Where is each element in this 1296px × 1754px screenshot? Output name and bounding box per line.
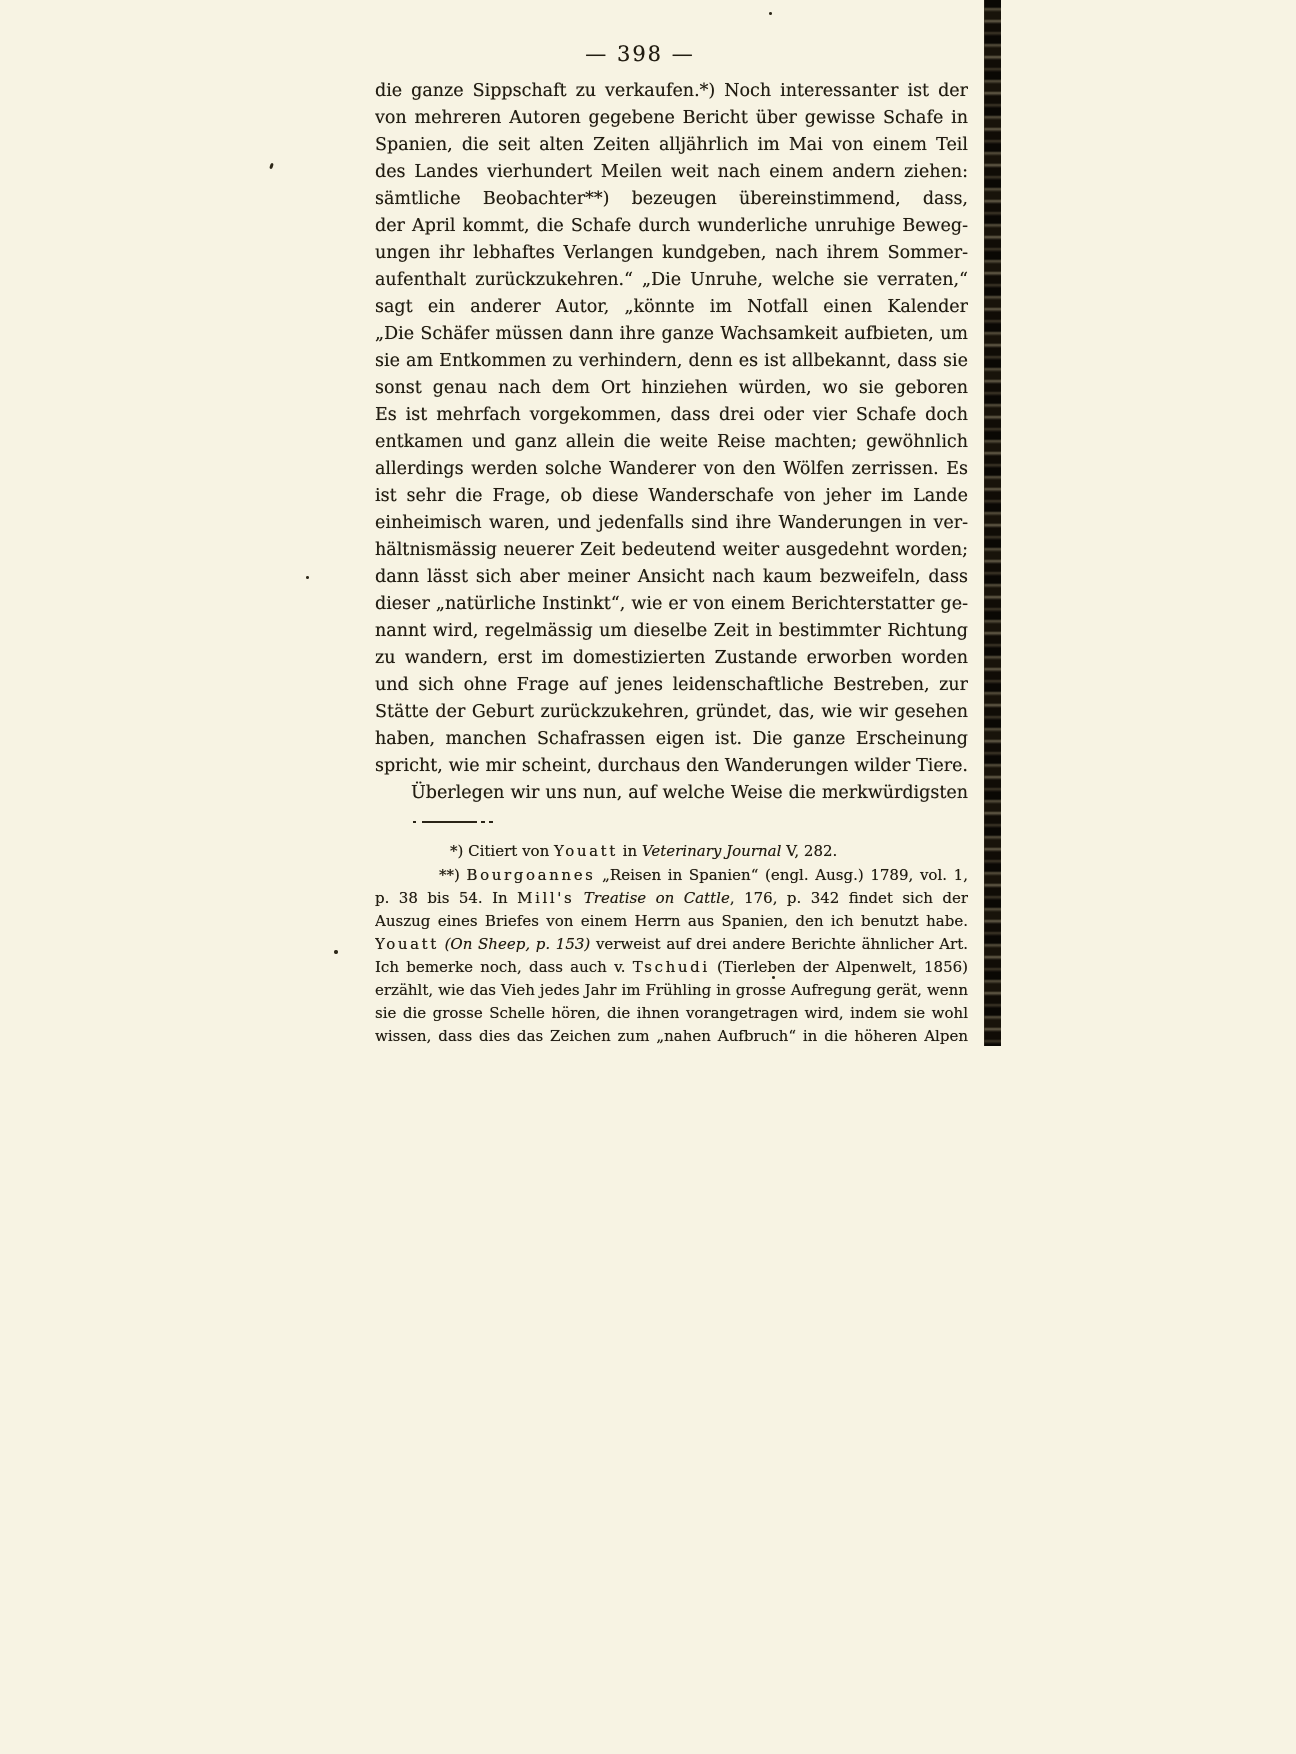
footnote-first: *) Citiert von Youatt in Veterinary Jour… [375, 840, 968, 863]
text-line: „Die Schäfer müssen dann ihre ganze Wach… [375, 321, 968, 348]
text-line: Youatt (On Sheep, p. 153) verweist auf d… [375, 933, 968, 956]
text-line: sie die grosse Schelle hören, die ihnen … [375, 1002, 968, 1025]
text-line: Auszug eines Briefes von einem Herrn aus… [375, 910, 968, 933]
text-line: einheimisch waren, und jedenfalls sind i… [375, 510, 968, 537]
text-line: zu wandern, erst im domestizierten Zusta… [375, 645, 968, 672]
text-line: wissen, dass dies das Zeichen zum „nahen… [375, 1025, 968, 1048]
text-line: Ich bemerke noch, dass auch v. Tschudi (… [375, 956, 968, 979]
text-line: dieser „natürliche Instinkt“, wie er von… [375, 591, 968, 618]
text-line: hältnismässig neuerer Zeit bedeutend wei… [375, 537, 968, 564]
text-line: aufenthalt zurückzukehren.“ „Die Unruhe,… [375, 267, 968, 294]
text-line: sagt ein anderer Autor, „könnte im Notfa… [375, 294, 968, 321]
text-line: Spanien, die seit alten Zeiten alljährli… [375, 132, 968, 159]
text-line: Stätte der Geburt zurückzukehren, gründe… [375, 699, 968, 726]
text-line: **) Bourgoannes „Reisen in Spanien“ (eng… [375, 864, 968, 887]
text-line: dann lässt sich aber meiner Ansicht nach… [375, 564, 968, 591]
scan-speck [306, 576, 309, 579]
text-line: allerdings werden solche Wanderer von de… [375, 456, 968, 483]
text-line: ist sehr die Frage, ob diese Wanderschaf… [375, 483, 968, 510]
text-line: spricht, wie mir scheint, durchaus den W… [375, 753, 968, 780]
text-line: p. 38 bis 54. In Mill's Treatise on Catt… [375, 887, 968, 910]
scan-speck [269, 163, 274, 170]
text-line: des Landes vierhundert Meilen weit nach … [375, 159, 968, 186]
scan-speck [769, 12, 772, 15]
text-line: ungen ihr lebhaftes Verlangen kundgeben,… [375, 240, 968, 267]
page-number: — 398 — [375, 42, 905, 66]
scan-speck [772, 976, 775, 979]
text-line: von mehreren Autoren gegebene Bericht üb… [375, 105, 968, 132]
text-line: entkamen und ganz allein die weite Reise… [375, 429, 968, 456]
text-line: sämtliche Beobachter**) bezeugen überein… [375, 186, 968, 213]
text-line: haben, manchen Schafrassen eigen ist. Di… [375, 726, 968, 753]
text-line: und sich ohne Frage auf jenes leidenscha… [375, 672, 968, 699]
footnote-separator [413, 821, 501, 823]
main-text-block: die ganze Sippschaft zu verkaufen.*) Noc… [375, 78, 968, 807]
text-line: sie am Entkommen zu verhindern, denn es … [375, 348, 968, 375]
text-line: Überlegen wir uns nun, auf welche Weise … [375, 780, 968, 807]
text-line: *) Citiert von Youatt in Veterinary Jour… [375, 840, 968, 863]
text-line: Es ist mehrfach vorgekommen, dass drei o… [375, 402, 968, 429]
footnote-second: **) Bourgoannes „Reisen in Spanien“ (eng… [375, 864, 968, 1048]
text-line: erzählt, wie das Vieh jedes Jahr im Früh… [375, 979, 968, 1002]
text-line: die ganze Sippschaft zu verkaufen.*) Noc… [375, 78, 968, 105]
text-line: nannt wird, regelmässig um dieselbe Zeit… [375, 618, 968, 645]
scan-speck [334, 950, 338, 954]
text-line: der April kommt, die Schafe durch wunder… [375, 213, 968, 240]
scan-edge-artifact [984, 0, 1001, 1046]
text-line: sonst genau nach dem Ort hinziehen würde… [375, 375, 968, 402]
book-page: — 398 — die ganze Sippschaft zu verkaufe… [0, 0, 1296, 1754]
